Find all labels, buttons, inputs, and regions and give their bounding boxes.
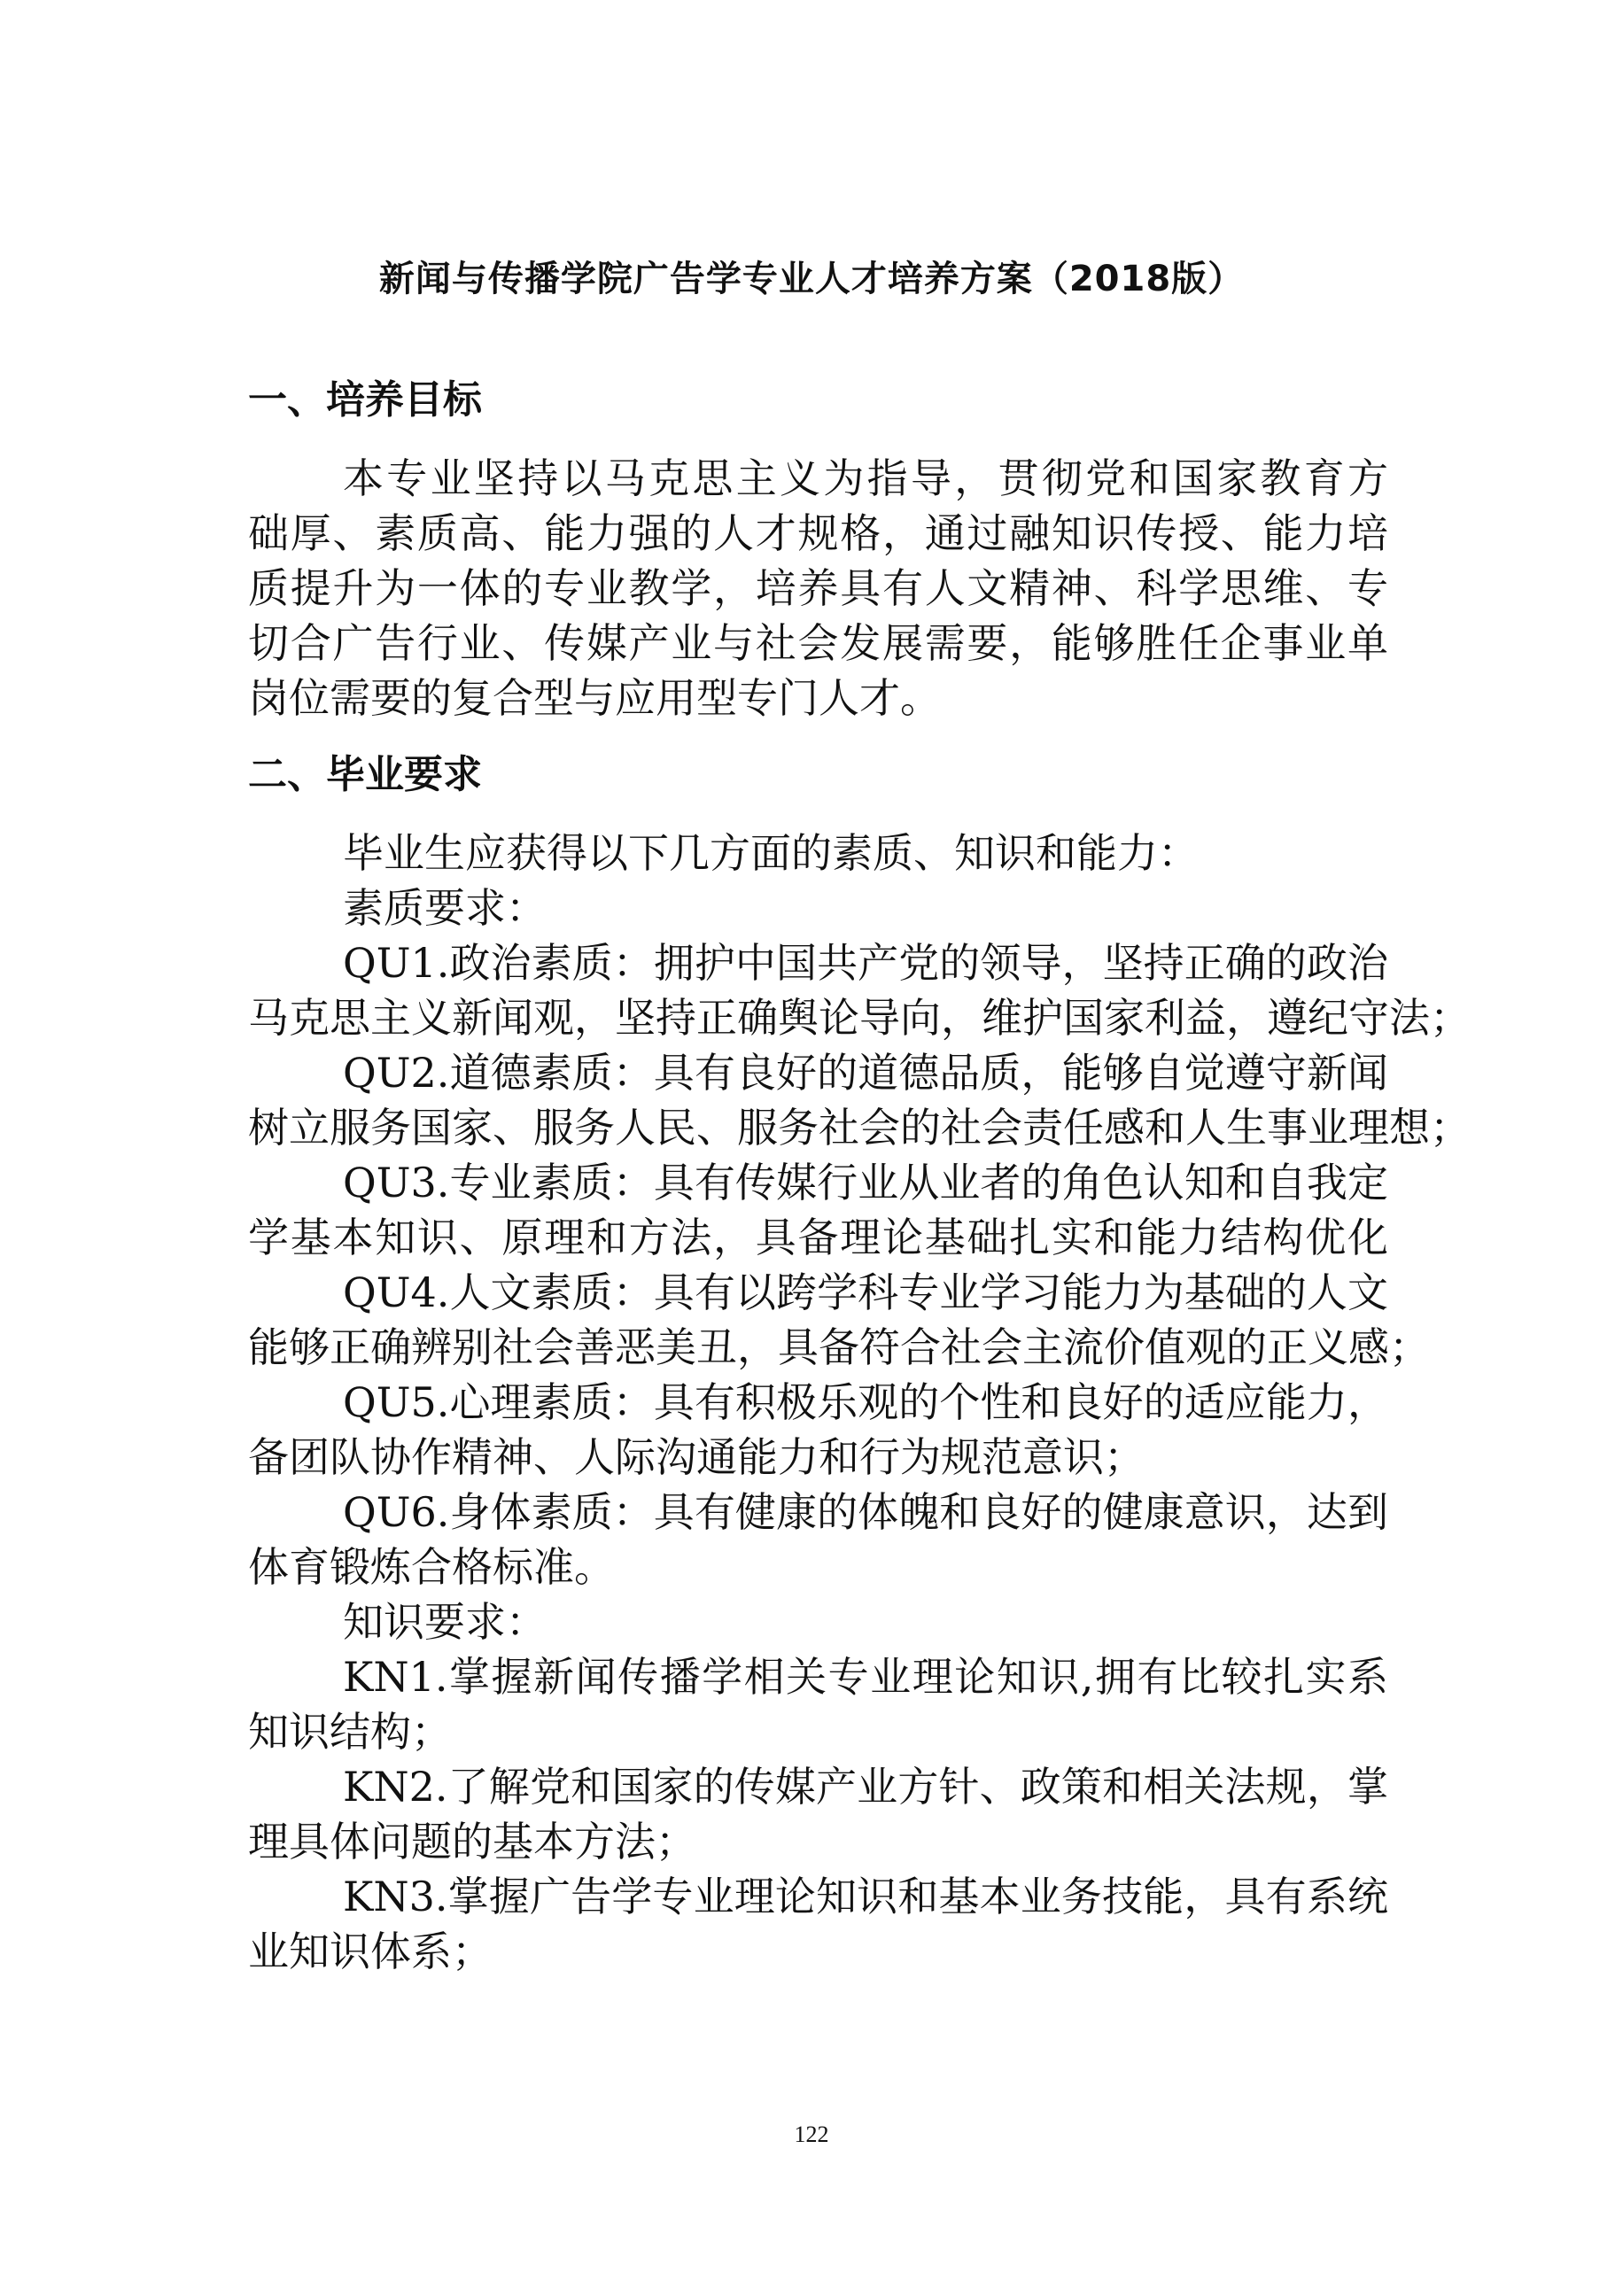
paragraph-line: 树立服务国家、服务人民、服务社会的社会责任感和人生事业理想； bbox=[248, 1100, 1388, 1155]
section-heading-training-goals: 一、培养目标 bbox=[248, 368, 482, 424]
paragraph-line: 岗位需要的复合型与应用型专门人才。 bbox=[248, 671, 1388, 725]
requirement-kn2: KN2.了解党和国家的传媒产业方针、政策和相关法规，掌握宏观政策法规处 bbox=[248, 1759, 1388, 1814]
paragraph-line: 理具体问题的基本方法； bbox=[248, 1814, 1388, 1869]
paragraph-line: 本专业坚持以马克思主义为指导，贯彻党和国家教育方针，按照口径宽、基 bbox=[248, 451, 1388, 506]
section-body-training-goals: 本专业坚持以马克思主义为指导，贯彻党和国家教育方针，按照口径宽、基 础厚、素质高… bbox=[248, 451, 1388, 725]
document-title: 新闻与传播学院广告学专业人才培养方案（2018版） bbox=[0, 251, 1623, 301]
requirement-qu4: QU4.人文素质：具有以跨学科专业学习能力为基础的人文视野和人文情感， bbox=[248, 1265, 1388, 1320]
requirement-qu2: QU2.道德素质：具有良好的道德品质，能够自觉遵守新闻传播行业从业准则， bbox=[248, 1045, 1388, 1100]
paragraph-line: 备团队协作精神、人际沟通能力和行为规范意识； bbox=[248, 1430, 1388, 1485]
requirement-qu1: QU1.政治素质：拥护中国共产党的领导，坚持正确的政治立场和方向，坚持 bbox=[248, 935, 1388, 990]
page-number: 122 bbox=[0, 2121, 1623, 2148]
paragraph-line: 学基本知识、原理和方法，具备理论基础扎实和能力结构优化的创新创业素质； bbox=[248, 1210, 1388, 1265]
requirement-kn3: KN3.掌握广告学专业理论知识和基本业务技能，具有系统的、结构完善的专 bbox=[248, 1869, 1388, 1924]
subheading-quality-requirements: 素质要求： bbox=[248, 880, 1388, 935]
paragraph-line: 体育锻炼合格标准。 bbox=[248, 1540, 1388, 1594]
paragraph-line: 知识结构； bbox=[248, 1704, 1388, 1759]
paragraph-line: 能够正确辨别社会善恶美丑，具备符合社会主流价值观的正义感； bbox=[248, 1320, 1388, 1375]
paragraph-line: 础厚、素质高、能力强的人才规格，通过融知识传授、能力培养、思维训练与素 bbox=[248, 506, 1388, 561]
section-heading-graduation-requirements: 二、毕业要求 bbox=[248, 742, 482, 799]
requirement-qu3: QU3.专业素质：具有传媒行业从业者的角色认知和自我定位，熟练掌握广告 bbox=[248, 1155, 1388, 1210]
requirement-qu5: QU5.心理素质：具有积极乐观的个性和良好的适应能力，自我意识鲜明，具 bbox=[248, 1375, 1388, 1430]
paragraph-line: 马克思主义新闻观，坚持正确舆论导向，维护国家利益，遵纪守法； bbox=[248, 990, 1388, 1045]
paragraph-line: 业知识体系； bbox=[248, 1924, 1388, 1979]
paragraph-line: 质提升为一体的专业教学，培养具有人文精神、科学思维、专业意识和卓越能力， bbox=[248, 561, 1388, 616]
paragraph-line: 毕业生应获得以下几方面的素质、知识和能力： bbox=[248, 826, 1388, 880]
requirement-qu6: QU6.身体素质：具有健康的体魄和良好的健康意识，达到国家规定的大学生 bbox=[248, 1485, 1388, 1540]
requirement-kn1: KN1.掌握新闻传播学相关专业理论知识,拥有比较扎实系统的社会人文科学 bbox=[248, 1649, 1388, 1704]
section-body-graduation-requirements: 毕业生应获得以下几方面的素质、知识和能力： 素质要求： QU1.政治素质：拥护中… bbox=[248, 826, 1388, 1979]
subheading-knowledge-requirements: 知识要求： bbox=[248, 1594, 1388, 1649]
paragraph-line: 切合广告行业、传媒产业与社会发展需要，能够胜任企事业单位、传媒企业相关 bbox=[248, 616, 1388, 671]
